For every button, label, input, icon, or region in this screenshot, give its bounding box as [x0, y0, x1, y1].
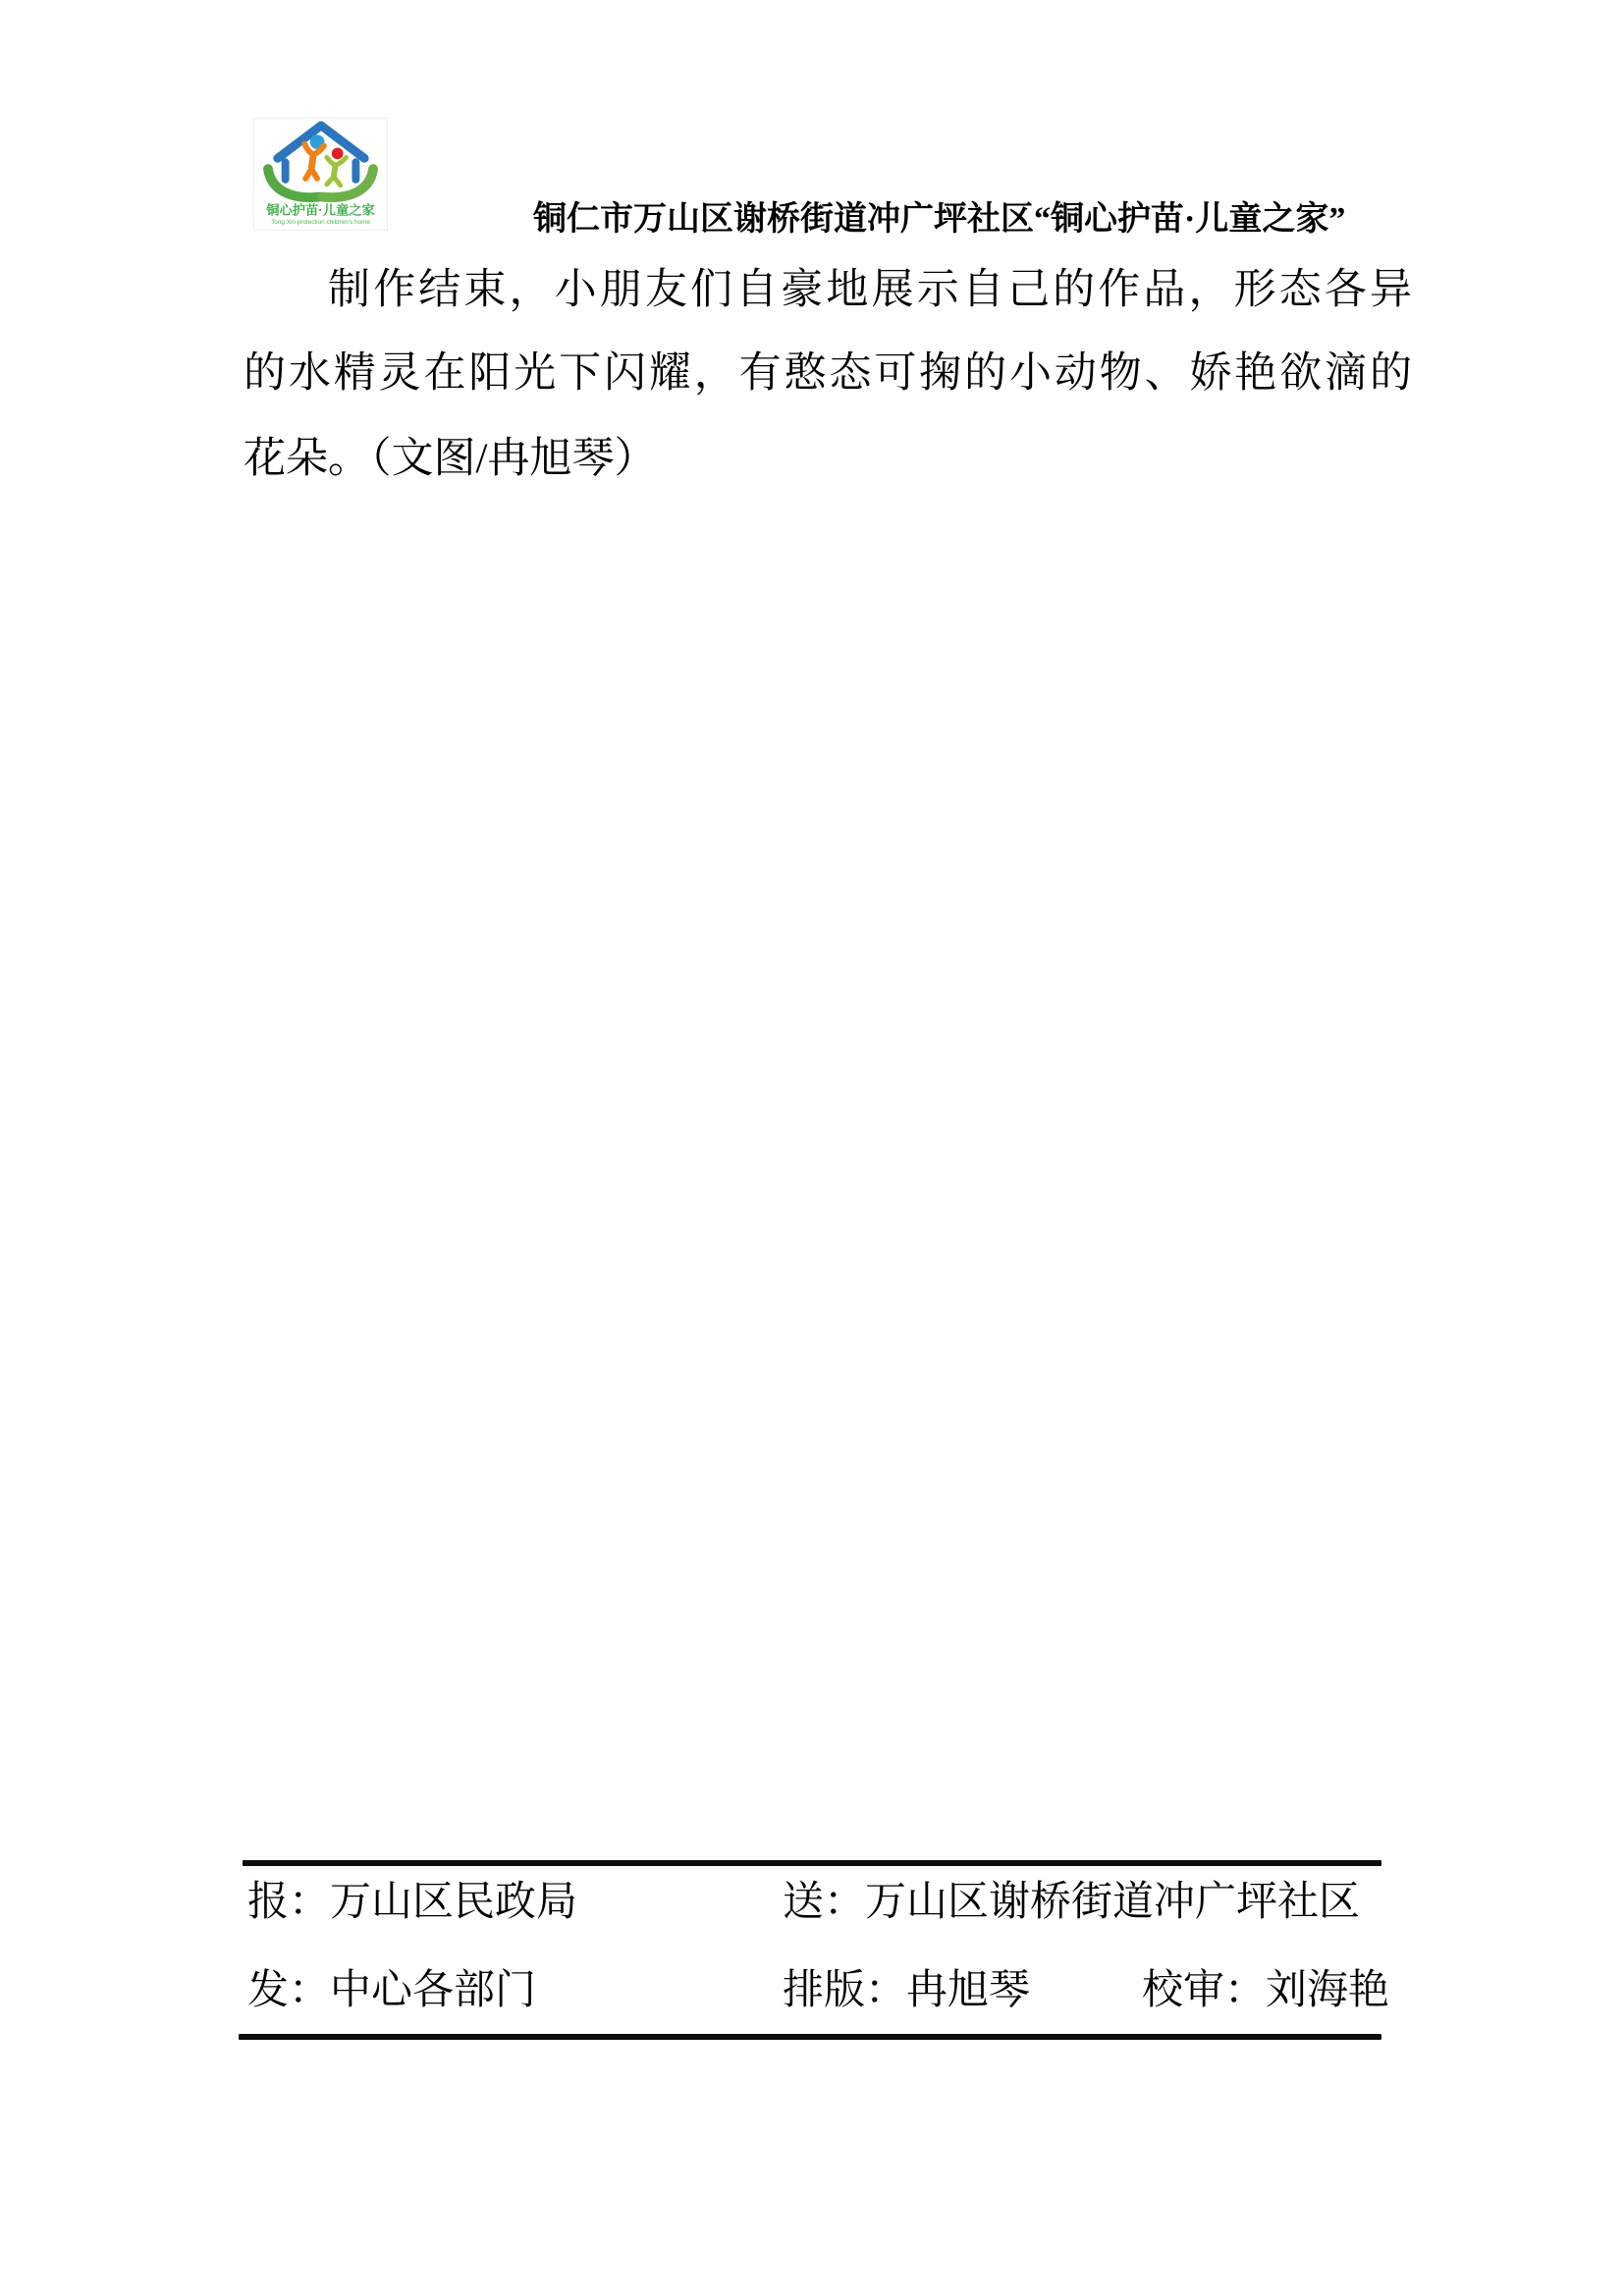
footer-bottom-rule	[239, 2034, 1381, 2040]
body-paragraph-line: 的水精灵在阳光下闪耀，有憨态可掬的小动物、娇艳欲滴的	[244, 350, 1412, 398]
footer-send-to: 送：万山区谢桥街道冲广坪社区	[783, 1880, 1360, 1925]
child-figure-green-icon	[327, 147, 347, 185]
footer-report-to: 报：万山区民政局	[247, 1880, 577, 1925]
footer-distribute-to: 发：中心各部门	[247, 1968, 536, 2013]
child-figure-orange-icon	[304, 134, 324, 179]
page-title: 铜仁市万山区谢桥街道冲广坪社区“铜心护苗·儿童之家”	[533, 198, 1417, 241]
children-home-logo-icon: 铜心护苗·儿童之家 Tong Xin protection children's…	[254, 119, 387, 230]
children-home-logo: 铜心护苗·儿童之家 Tong Xin protection children's…	[253, 118, 388, 231]
footer-proofread-by: 校审：刘海艳	[1142, 1968, 1389, 2013]
footer-top-rule	[243, 1860, 1381, 1866]
logo-title-en: Tong Xin protection children's home	[271, 219, 370, 226]
body-paragraph-line: 制作结束，小朋友们自豪地展示自己的作品，形态各异	[244, 267, 1412, 314]
body-paragraph-line: 花朵。（文图/冉旭琴）	[244, 436, 1412, 483]
logo-title-cn: 铜心护苗·儿童之家	[265, 201, 375, 217]
document-page: 铜心护苗·儿童之家 Tong Xin protection children's…	[0, 0, 1624, 2296]
footer-typesetting-by: 排版：冉旭琴	[783, 1968, 1030, 2013]
